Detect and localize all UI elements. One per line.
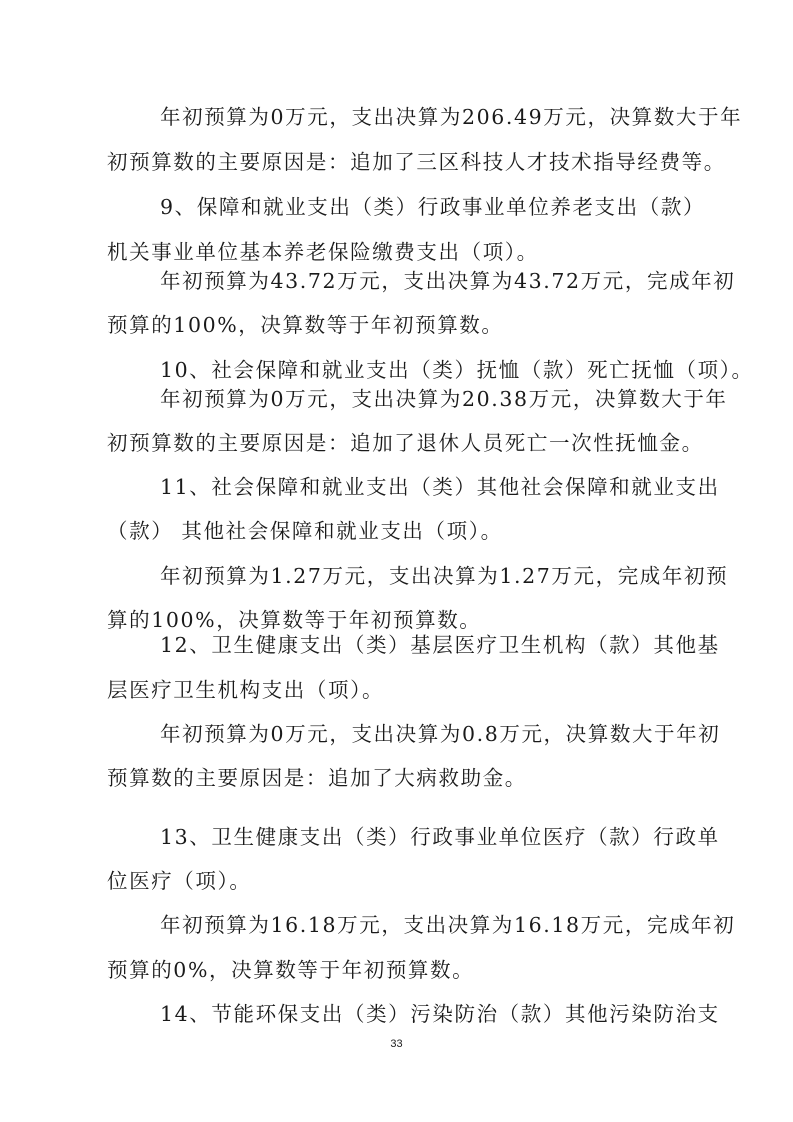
- text-line: 预算的100%，决算数等于年初预算数。: [107, 310, 697, 340]
- text-line: 年初预算为0万元，支出决算为0.8万元，决算数大于年初: [160, 719, 697, 749]
- text-line: 位医疗（项）。: [107, 866, 697, 896]
- page-number: 33: [0, 1038, 793, 1050]
- text-line: 年初预算为16.18万元，支出决算为16.18万元，完成年初: [160, 910, 697, 940]
- text-line: 12、卫生健康支出（类）基层医疗卫生机构（款）其他基: [160, 630, 697, 660]
- text-line: 年初预算为1.27万元，支出决算为1.27万元，完成年初预: [160, 561, 697, 591]
- text-line: 层医疗卫生机构支出（项）。: [107, 675, 697, 705]
- text-line: 年初预算为43.72万元，支出决算为43.72万元，完成年初: [160, 266, 697, 296]
- text-line: 预算数的主要原因是：追加了大病救助金。: [107, 763, 697, 793]
- text-line: 13、卫生健康支出（类）行政事业单位医疗（款）行政单: [160, 822, 697, 852]
- text-line: 14、节能环保支出（类）污染防治（款）其他污染防治支: [160, 999, 697, 1029]
- text-line: 11、社会保障和就业支出（类）其他社会保障和就业支出: [160, 472, 697, 502]
- text-line: 年初预算为0万元，支出决算为20.38万元，决算数大于年: [160, 384, 697, 414]
- text-line: （款） 其他社会保障和就业支出（项）。: [107, 516, 697, 546]
- text-line: 初预算数的主要原因是：追加了退休人员死亡一次性抚恤金。: [107, 428, 697, 458]
- document-page: 年初预算为0万元，支出决算为206.49万元，决算数大于年初预算数的主要原因是：…: [0, 0, 793, 1122]
- text-line: 10、社会保障和就业支出（类）抚恤（款）死亡抚恤（项）。: [160, 355, 697, 385]
- text-line: 机关事业单位基本养老保险缴费支出（项）。: [107, 237, 697, 267]
- text-line: 年初预算为0万元，支出决算为206.49万元，决算数大于年: [160, 102, 697, 132]
- text-line: 9、保障和就业支出（类）行政事业单位养老支出（款）: [160, 192, 697, 222]
- text-line: 预算的0%，决算数等于年初预算数。: [107, 955, 697, 985]
- text-line: 初预算数的主要原因是：追加了三区科技人才技术指导经费等。: [107, 147, 697, 177]
